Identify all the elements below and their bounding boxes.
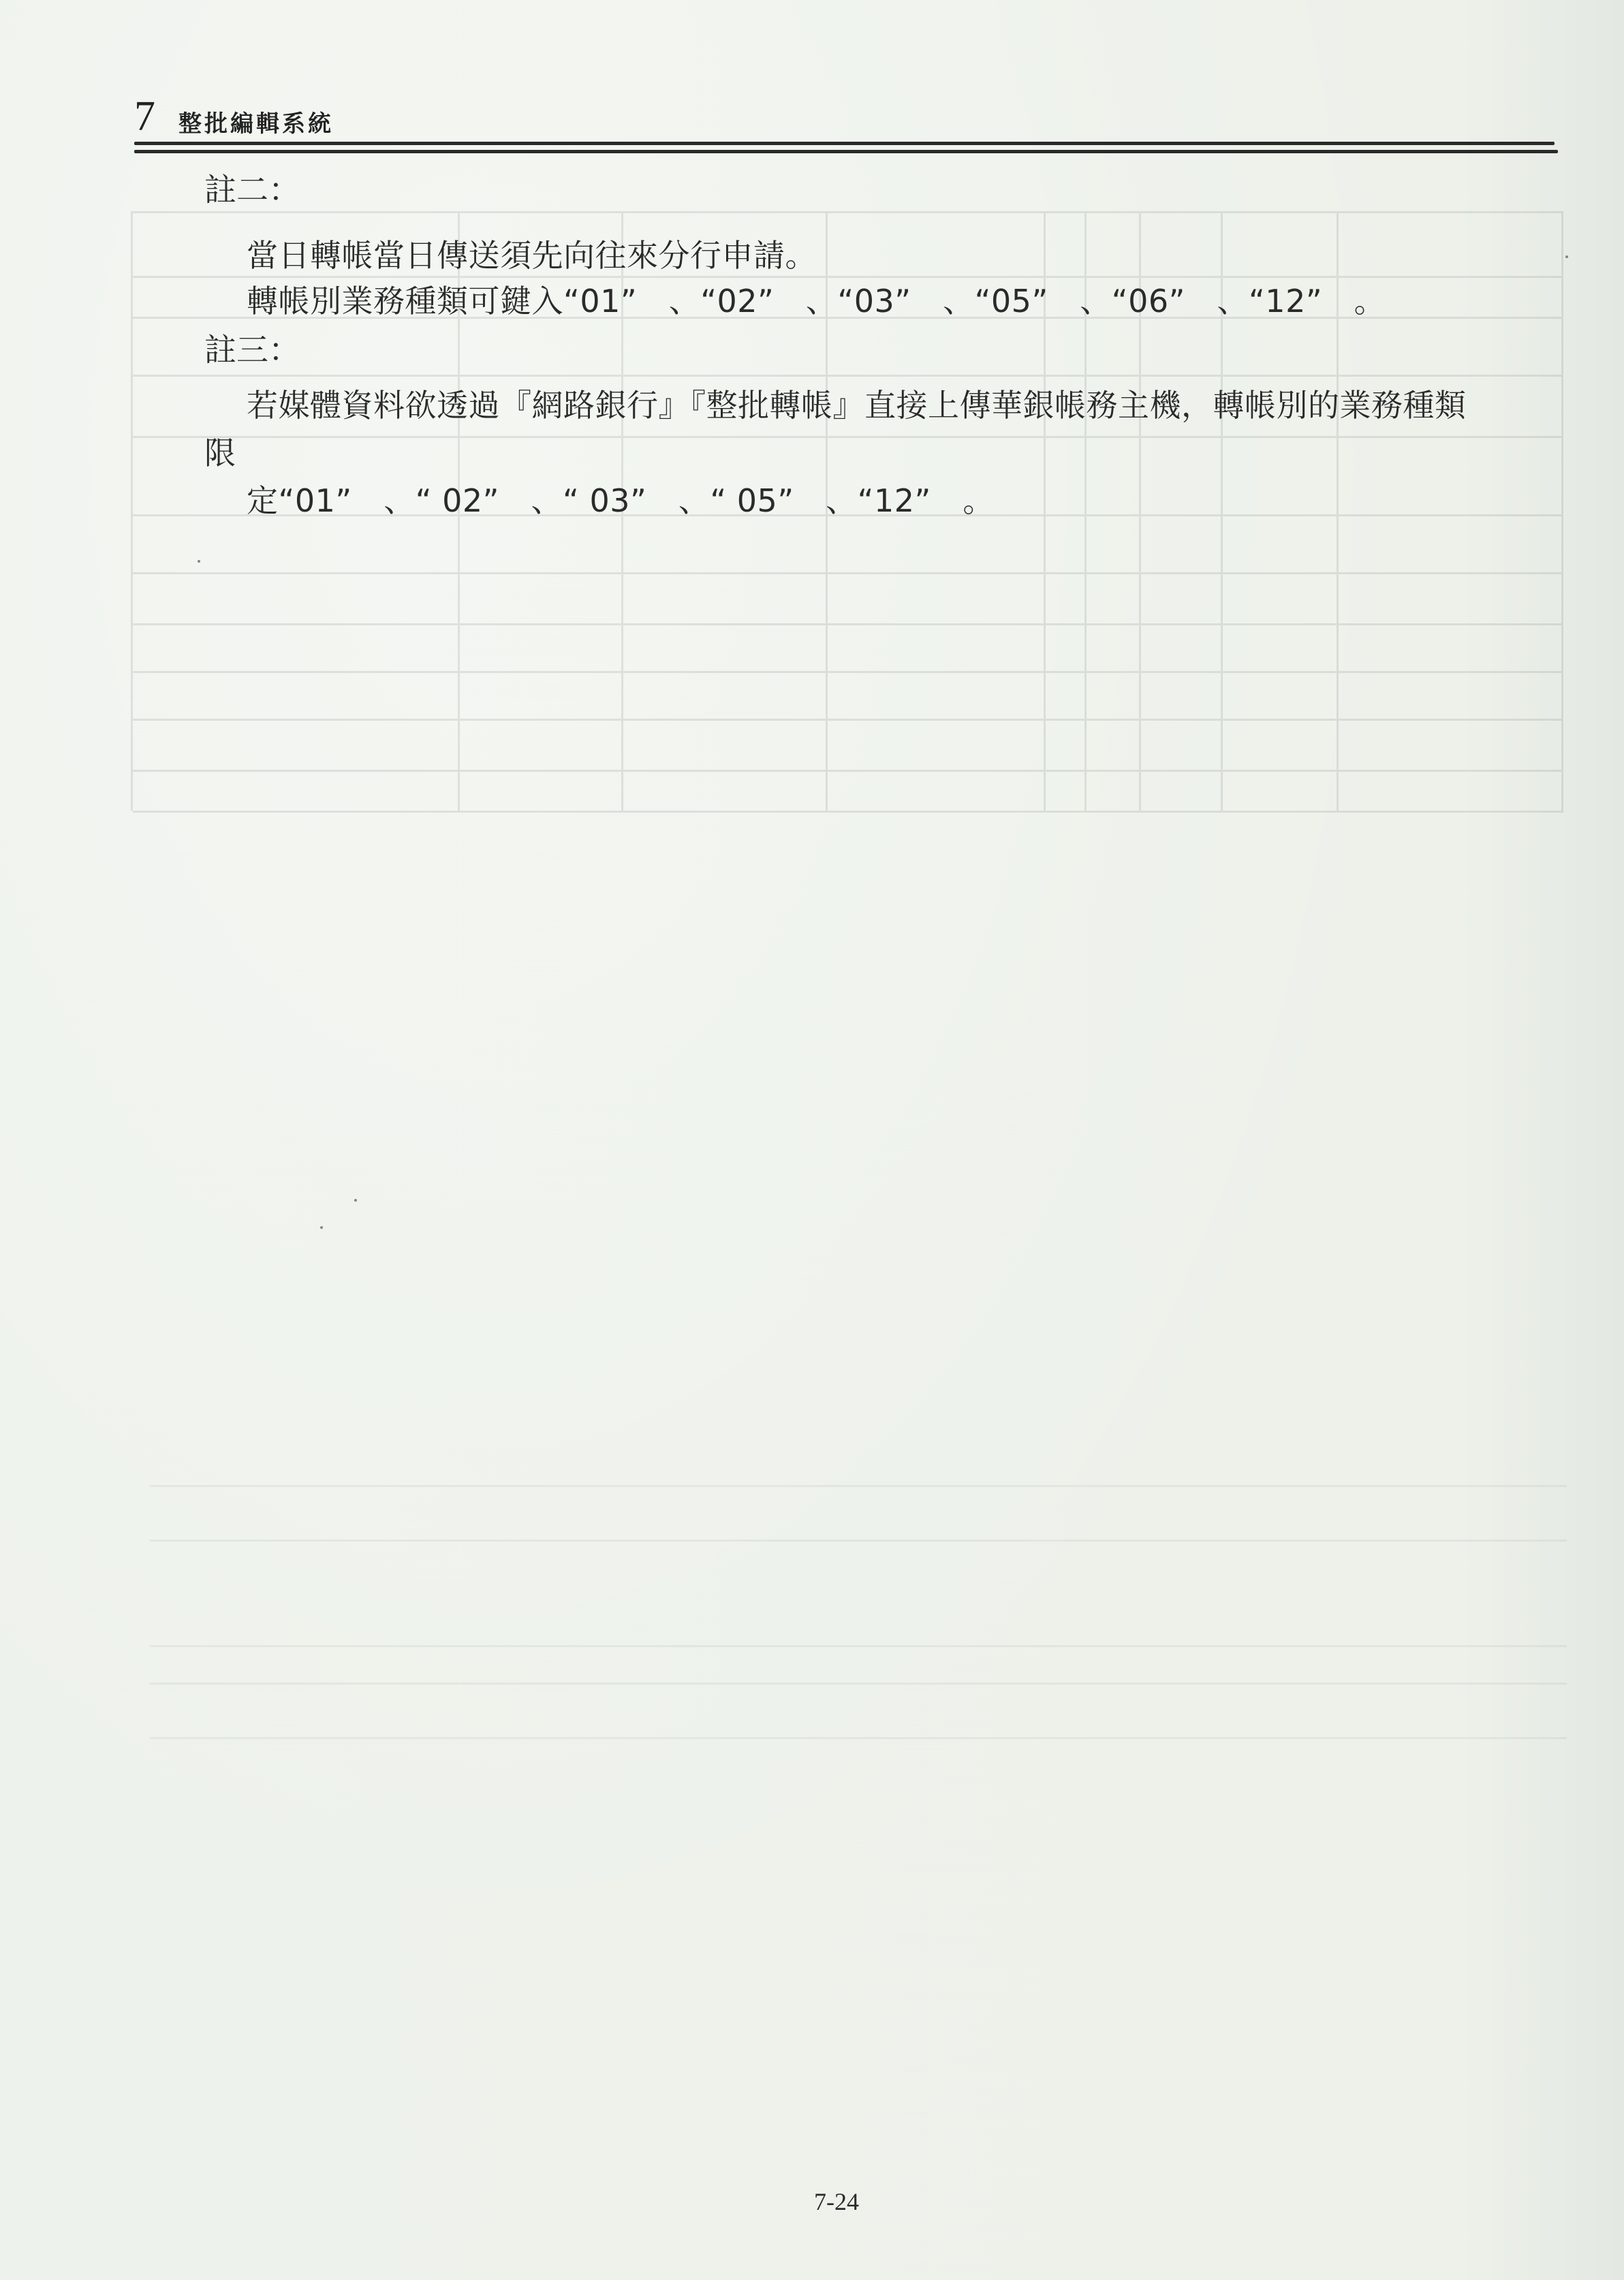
paper-speck [320,1226,323,1229]
note-3-line-2: 限 [204,433,236,473]
header-rule-bottom [134,150,1558,153]
running-header: 7 整批編輯系統 [134,95,1565,150]
chapter-title: 整批編輯系統 [178,110,334,138]
paper-speck [198,560,200,563]
paper-speck [1565,255,1568,258]
note-2-line-2: 轉帳別業務種類可鍵入“01” 、“02” 、“03” 、“05” 、“06” 、… [247,281,1386,322]
header-rule-top [134,142,1555,145]
note-3-label: 註三： [204,330,300,371]
note-3-line-3: 定“01” 、“ 02” 、“ 03” 、“ 05” 、“12” 。 [247,480,995,521]
note-2-label: 註二： [204,170,300,211]
chapter-number: 7 [134,95,155,138]
note-2-line-1: 當日轉帳當日傳送須先向往來分行申請。 [247,235,817,276]
page-number: 7-24 [814,2187,859,2216]
note-3-line-1: 若媒體資料欲透過『網路銀行』『整批轉帳』直接上傳華銀帳務主機，轉帳別的業務種類 [247,385,1467,426]
paper-speck [354,1199,357,1202]
